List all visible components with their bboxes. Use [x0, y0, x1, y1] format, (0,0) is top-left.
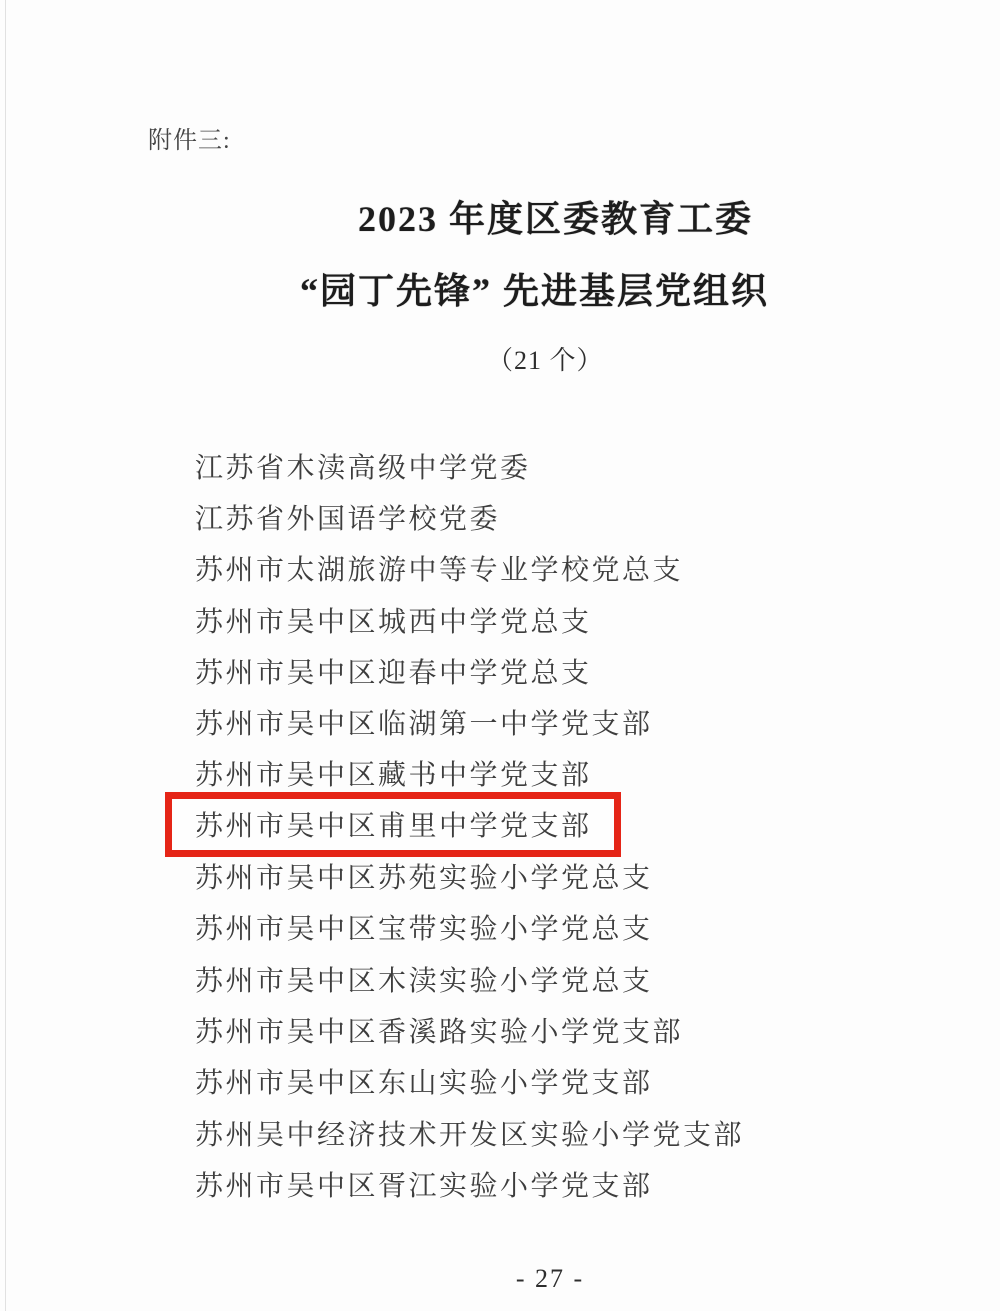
organization-name: 苏州市吴中区藏书中学党支部: [195, 753, 592, 793]
list-item: 苏州市太湖旅游中等专业学校党总支: [195, 543, 895, 594]
organization-name: 苏州市吴中区城西中学党总支: [195, 600, 592, 640]
organization-name: 苏州市吴中区甫里中学党支部: [165, 792, 621, 857]
attachment-label: 附件三:: [148, 120, 231, 155]
list-item: 苏州吴中经济技术开发区实验小学党支部: [195, 1107, 895, 1158]
list-item: 苏州市吴中区临湖第一中学党支部: [195, 696, 895, 747]
document-title-line-1: 2023 年度区委教育工委: [358, 191, 753, 242]
organization-name: 苏州市太湖旅游中等专业学校党总支: [195, 548, 683, 588]
organization-name: 苏州市吴中区临湖第一中学党支部: [195, 702, 653, 742]
scan-edge-line: [5, 0, 6, 1311]
count-label: （21 个）: [487, 340, 604, 377]
list-item-highlighted: 苏州市吴中区甫里中学党支部: [195, 799, 895, 850]
document-page: 附件三: 2023 年度区委教育工委 “园丁先锋” 先进基层党组织 （21 个）…: [0, 0, 1000, 1311]
list-item: 苏州市吴中区宝带实验小学党总支: [195, 902, 895, 953]
organization-name: 苏州市吴中区胥江实验小学党支部: [195, 1164, 653, 1204]
list-item: 苏州市吴中区东山实验小学党支部: [195, 1056, 895, 1107]
list-item: 苏州市吴中区木渎实验小学党总支: [195, 953, 895, 1004]
organization-name: 江苏省木渎高级中学党委: [195, 446, 531, 486]
organization-name: 苏州市吴中区苏苑实验小学党总支: [195, 856, 653, 896]
organization-name: 苏州市吴中区东山实验小学党支部: [195, 1061, 653, 1101]
organization-name: 苏州市吴中区香溪路实验小学党支部: [195, 1010, 683, 1050]
list-item: 苏州市吴中区胥江实验小学党支部: [195, 1158, 895, 1209]
organization-list: 江苏省木渎高级中学党委江苏省外国语学校党委苏州市太湖旅游中等专业学校党总支苏州市…: [195, 440, 895, 1209]
list-item: 苏州市吴中区苏苑实验小学党总支: [195, 850, 895, 901]
organization-name: 苏州吴中经济技术开发区实验小学党支部: [195, 1113, 744, 1153]
list-item: 苏州市吴中区香溪路实验小学党支部: [195, 1004, 895, 1055]
page-number: - 27 -: [0, 1264, 1000, 1294]
organization-name: 苏州市吴中区宝带实验小学党总支: [195, 907, 653, 947]
list-item: 江苏省木渎高级中学党委: [195, 440, 895, 491]
organization-name: 苏州市吴中区迎春中学党总支: [195, 651, 592, 691]
document-title-line-2: “园丁先锋” 先进基层党组织: [300, 263, 769, 314]
list-item: 江苏省外国语学校党委: [195, 491, 895, 542]
list-item: 苏州市吴中区城西中学党总支: [195, 594, 895, 645]
organization-name: 江苏省外国语学校党委: [195, 497, 500, 537]
organization-name: 苏州市吴中区木渎实验小学党总支: [195, 959, 653, 999]
list-item: 苏州市吴中区迎春中学党总支: [195, 645, 895, 696]
